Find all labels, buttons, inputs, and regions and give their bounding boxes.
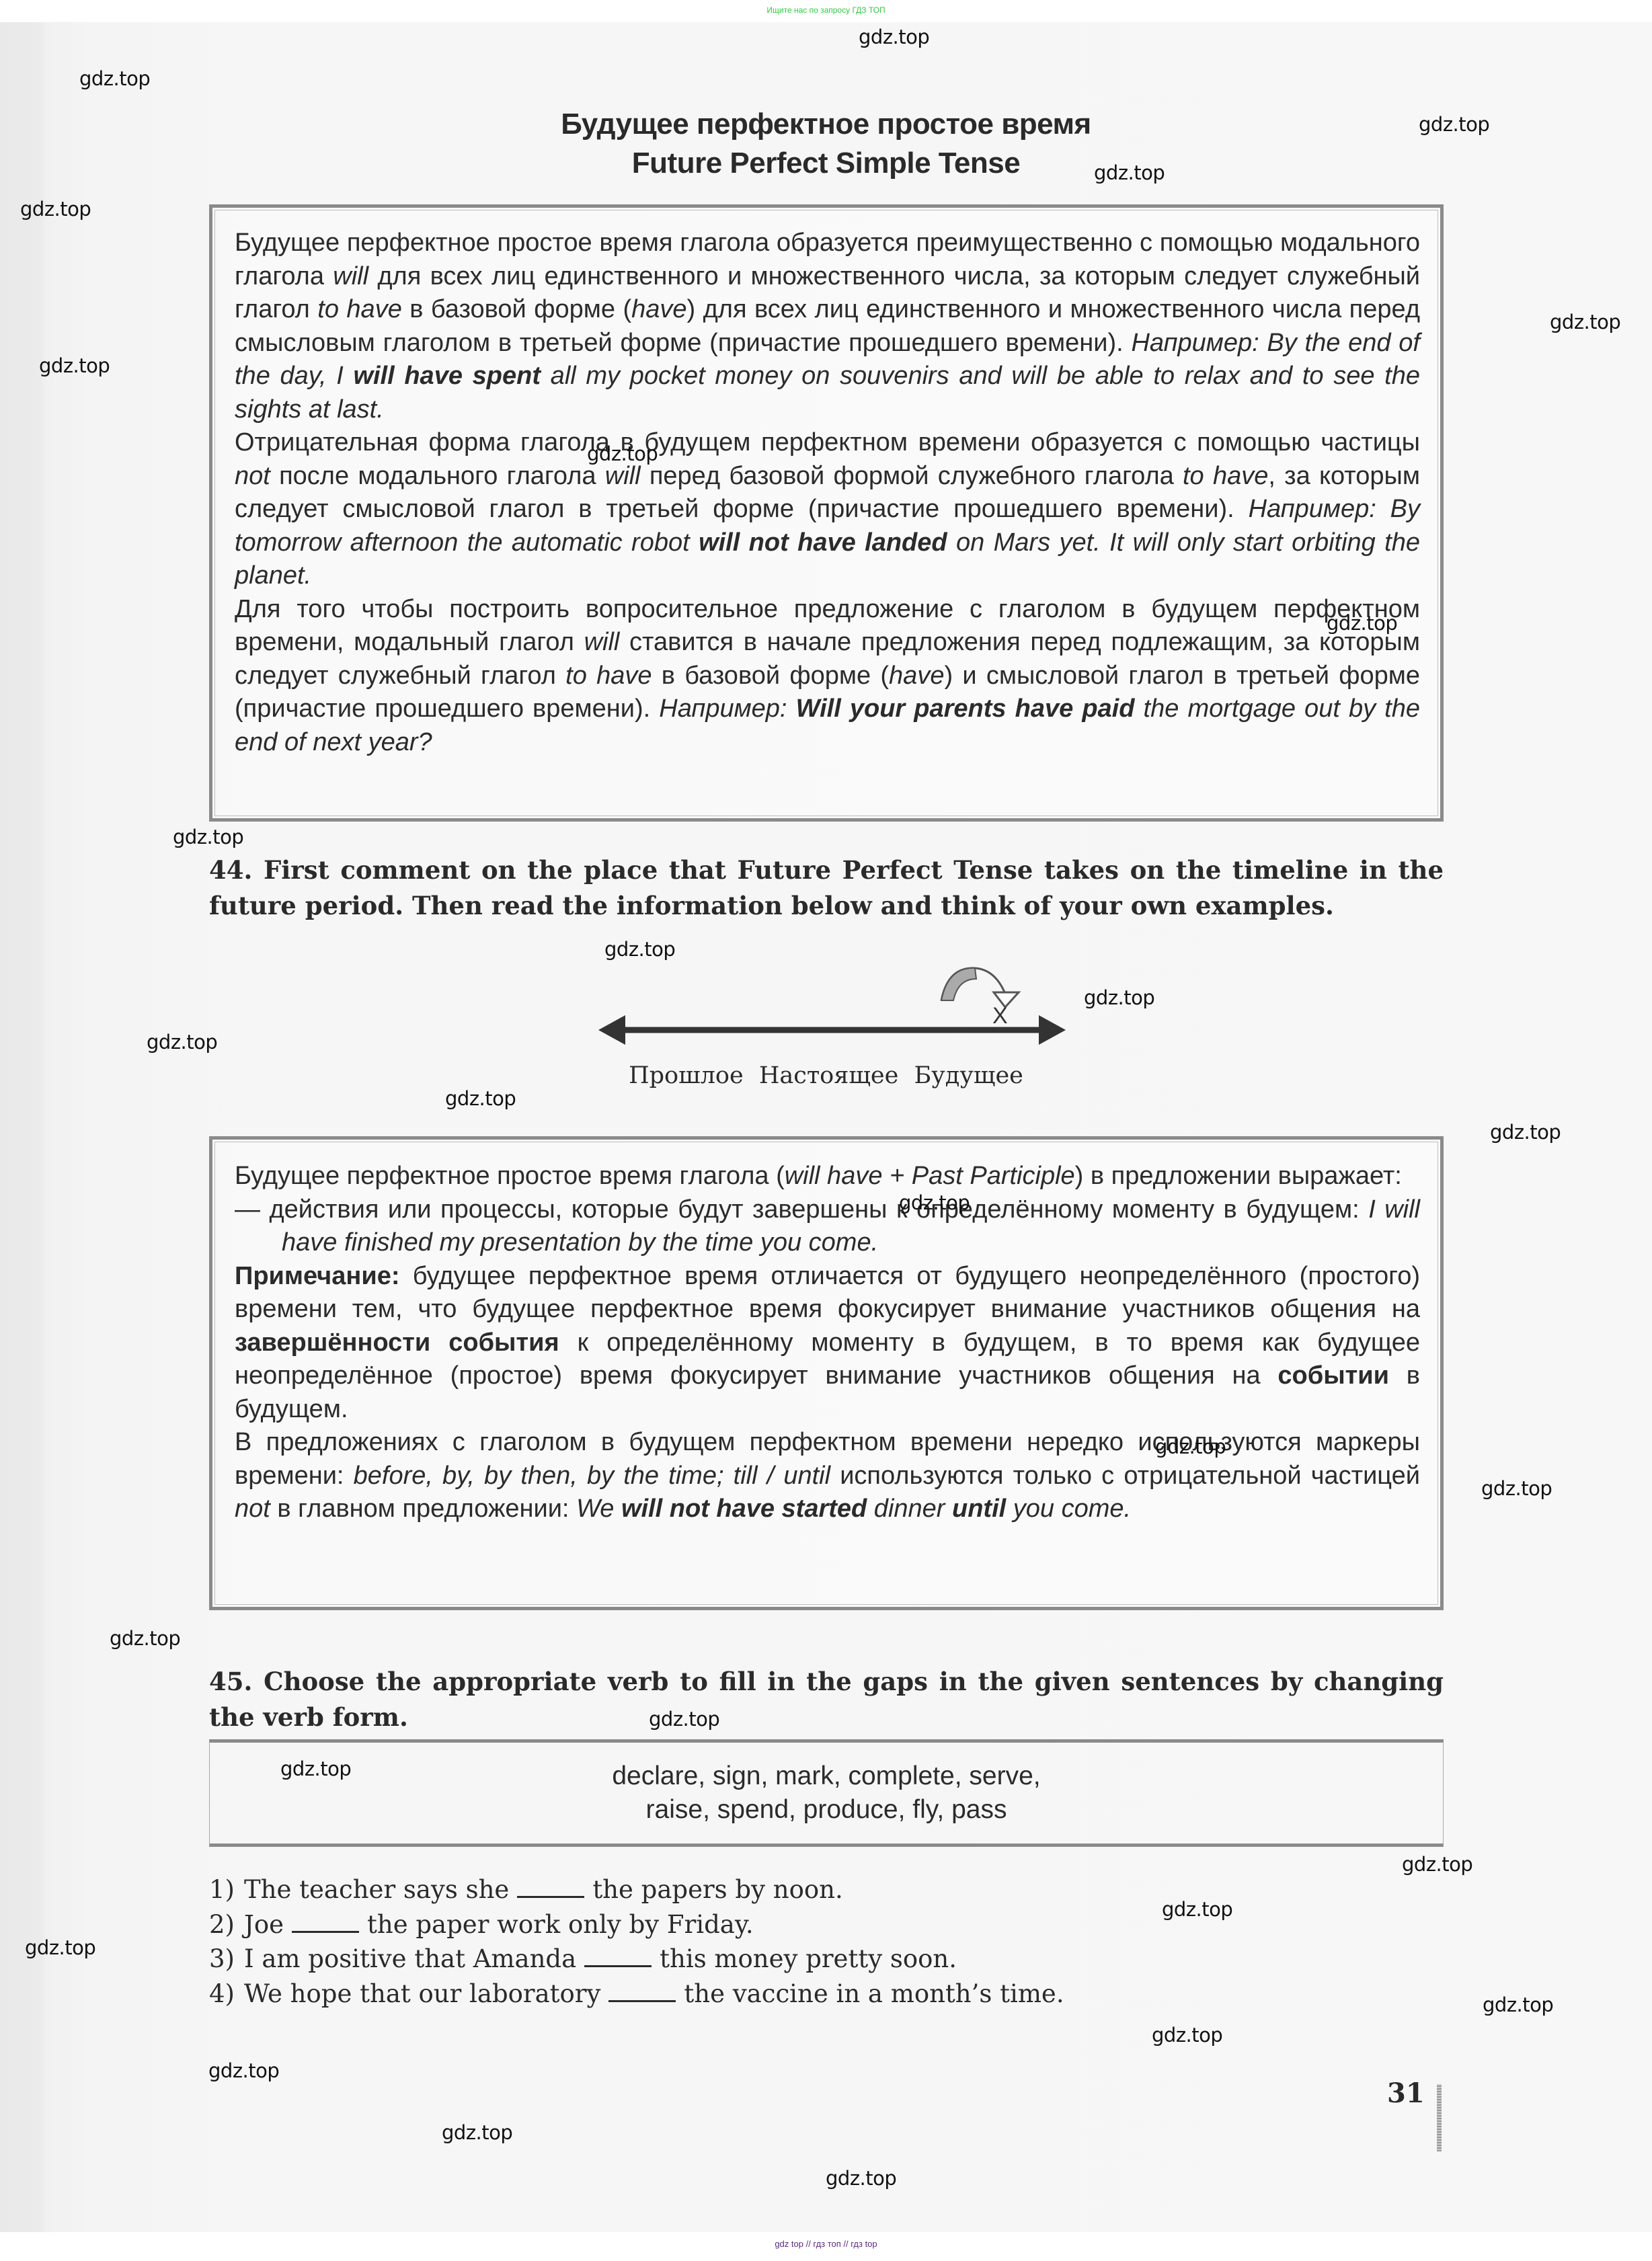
watermark: gdz.top: [445, 1087, 516, 1110]
timeline-labels: Прошлое Настоящее Будущее: [0, 1062, 1652, 1089]
rule-question: Для того чтобы построить вопросительное …: [235, 593, 1420, 760]
rule-box-usage-text: Будущее перфектное простое время глагола…: [235, 1160, 1420, 1526]
sentence-4: 4)We hope that our laboratorythe vaccine…: [209, 1977, 1444, 2012]
answer-gap-1[interactable]: [517, 1877, 584, 1898]
rule-box-formation: Будущее перфектное простое время глагола…: [209, 204, 1444, 822]
watermark: gdz.top: [25, 1936, 95, 1959]
top-banner-text: Ищите нас по запросу ГДЗ ТОП: [766, 5, 885, 15]
sentence-2: 2)Joethe paper work only by Friday.: [209, 1907, 1444, 1942]
timeline-label-past: Прошлое: [629, 1062, 744, 1089]
sentence-3: 3)I am positive that Amandathis money pr…: [209, 1942, 1444, 1977]
usage-intro: Будущее перфектное простое время глагола…: [235, 1160, 1420, 1193]
bottom-banner: gdz top // гдз топ // гдз top: [0, 2232, 1652, 2261]
timeline-label-future: Будущее: [914, 1062, 1023, 1089]
watermark: gdz.top: [173, 826, 243, 848]
watermark: gdz.top: [1550, 311, 1620, 333]
watermark: gdz.top: [1152, 2024, 1222, 2047]
watermark: gdz.top: [442, 2121, 512, 2144]
watermark: gdz.top: [39, 354, 110, 377]
word-bank-line-2: raise, spend, produce, fly, pass: [210, 1793, 1443, 1827]
watermark: gdz.top: [1162, 1898, 1232, 1921]
watermark: gdz.top: [110, 1627, 180, 1650]
watermark: gdz.top: [859, 26, 929, 48]
word-bank-line-1: declare, sign, mark, complete, serve,: [210, 1759, 1443, 1793]
word-bank-box: declare, sign, mark, complete, serve, ra…: [209, 1739, 1444, 1847]
usage-bullet: — действия или процессы, которые будут з…: [235, 1193, 1420, 1260]
watermark: gdz.top: [1419, 113, 1489, 136]
watermark: gdz.top: [1084, 986, 1154, 1009]
watermark: gdz.top: [280, 1757, 351, 1780]
timeline-label-present: Настоящее: [759, 1062, 898, 1089]
watermark: gdz.top: [20, 198, 91, 221]
watermark: gdz.top: [1094, 161, 1165, 184]
usage-note: Примечание: будущее перфектное время отл…: [235, 1260, 1420, 1427]
watermark: gdz.top: [147, 1031, 217, 1054]
watermark: gdz.top: [208, 2059, 279, 2082]
watermark: gdz.top: [649, 1708, 719, 1731]
watermark: gdz.top: [1402, 1853, 1472, 1876]
watermark: gdz.top: [1155, 1435, 1226, 1458]
watermark: gdz.top: [587, 442, 658, 465]
answer-gap-3[interactable]: [584, 1946, 652, 1967]
watermark: gdz.top: [1483, 1993, 1553, 2016]
bottom-banner-text: gdz top // гдз топ // гдз top: [775, 2239, 877, 2249]
top-banner: Ищите нас по запросу ГДЗ ТОП: [0, 0, 1652, 22]
watermark: gdz.top: [826, 2167, 896, 2190]
rule-box-usage: Будущее перфектное простое время глагола…: [209, 1136, 1444, 1610]
exercise-45-sentences: 1)The teacher says shethe papers by noon…: [209, 1872, 1444, 2011]
watermark: gdz.top: [1481, 1477, 1552, 1500]
watermark: gdz.top: [604, 938, 675, 961]
watermark: gdz.top: [1327, 612, 1397, 635]
exercise-44-instruction: 44. First comment on the place that Futu…: [209, 852, 1444, 924]
watermark: gdz.top: [899, 1191, 970, 1214]
answer-gap-2[interactable]: [292, 1912, 359, 1933]
timeline-marker: X: [992, 1003, 1008, 1029]
section-title-ru: Будущее перфектное простое время: [0, 108, 1652, 141]
exercise-45-instruction: 45. Choose the appropriate verb to fill …: [209, 1664, 1444, 1735]
rule-affirmative: Будущее перфектное простое время глагола…: [235, 227, 1420, 426]
watermark: gdz.top: [1490, 1121, 1561, 1144]
rule-negative: Отрицательная форма глагола в будущем пе…: [235, 426, 1420, 593]
sentence-1: 1)The teacher says shethe papers by noon…: [209, 1872, 1444, 1907]
rule-box-formation-text: Будущее перфектное простое время глагола…: [235, 227, 1420, 759]
answer-gap-4[interactable]: [608, 1981, 676, 2002]
page-number: 31: [1387, 2077, 1425, 2109]
usage-time-markers: В предложениях с глаголом в будущем перф…: [235, 1426, 1420, 1526]
section-title-en: Future Perfect Simple Tense: [0, 147, 1652, 180]
page-edge-marker: [1437, 2084, 1442, 2151]
watermark: gdz.top: [79, 67, 150, 90]
